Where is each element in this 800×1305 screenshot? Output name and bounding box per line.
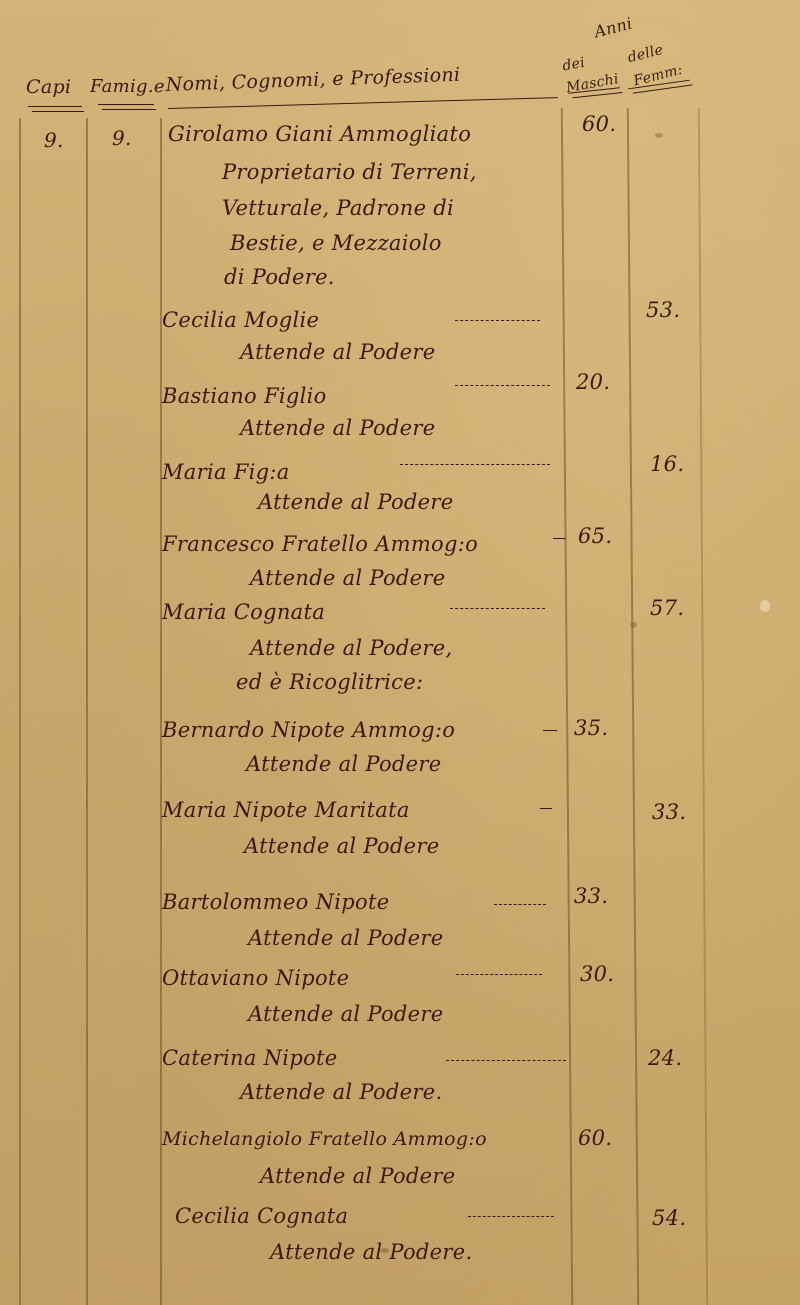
person-name: Caterina Nipote xyxy=(162,1046,337,1070)
person-occupation-line: Attende al Podere, xyxy=(250,636,452,660)
dash-leader xyxy=(540,808,552,809)
dash-leader xyxy=(468,1216,554,1217)
rule-famiglie-names xyxy=(160,118,162,1305)
paper-stain xyxy=(655,133,663,138)
person-occupation-line: Attende al Podere xyxy=(248,1002,443,1026)
age-female: 57. xyxy=(650,596,684,620)
person-occupation-line: Bestie, e Mezzaiolo xyxy=(230,231,442,255)
dash-leader xyxy=(400,464,550,465)
person-occupation-line: Attende al Podere xyxy=(260,1164,455,1188)
dash-leader xyxy=(455,320,540,321)
person-occupation-line: Attende al Podere xyxy=(248,926,443,950)
header-ages-top: Anni xyxy=(592,14,634,42)
person-occupation-line: Vetturale, Padrone di xyxy=(222,196,454,220)
person-name: Girolamo Giani Ammogliato xyxy=(168,122,471,146)
dash-leader xyxy=(446,1060,566,1061)
household-famiglie-number: 9. xyxy=(112,126,132,150)
person-name: Bernardo Nipote Ammog:o xyxy=(162,718,455,742)
person-occupation-line: Proprietario di Terreni, xyxy=(222,160,477,184)
dash-leader xyxy=(450,608,545,609)
person-occupation-line: Attende al Podere xyxy=(250,566,445,590)
header-names: Nomi, Cognomi, e Professioni xyxy=(165,64,460,96)
person-occupation-line: ed è Ricoglitrice: xyxy=(236,670,423,694)
person-occupation-line: di Podere. xyxy=(224,265,335,289)
column-header-row: Capi Famig.e Nomi, Cognomi, e Profession… xyxy=(0,0,800,125)
person-name: Cecilia Cognata xyxy=(175,1204,348,1228)
person-name: Cecilia Moglie xyxy=(162,308,319,332)
rule-capi-famiglie xyxy=(86,118,88,1305)
rule-names-males xyxy=(561,108,573,1305)
person-occupation-line: Attende al Podere xyxy=(258,490,453,514)
age-male: 30. xyxy=(580,962,614,986)
age-female: 33. xyxy=(652,800,686,824)
dash-leader xyxy=(543,730,557,731)
person-name: Ottaviano Nipote xyxy=(162,966,349,990)
person-name: Maria Nipote Maritata xyxy=(162,798,410,822)
dash-leader xyxy=(456,974,542,975)
header-names-underline xyxy=(168,97,558,109)
age-male: 20. xyxy=(576,370,610,394)
dash-leader xyxy=(455,385,550,386)
person-name: Bastiano Figlio xyxy=(162,384,327,408)
age-male: 35. xyxy=(574,716,608,740)
person-name: Michelangiolo Fratello Ammog:o xyxy=(162,1128,487,1150)
rule-males-females xyxy=(627,108,639,1305)
household-capi-number: 9. xyxy=(44,128,64,152)
age-female: 53. xyxy=(646,298,680,322)
header-capi: Capi xyxy=(26,76,71,98)
rule-left-margin xyxy=(19,118,21,1305)
person-occupation-line: Attende al Podere xyxy=(240,340,435,364)
person-occupation-line: Attende al Podere xyxy=(240,416,435,440)
header-famiglie: Famig.e xyxy=(90,76,165,97)
person-name: Bartolommeo Nipote xyxy=(162,890,389,914)
age-male: 33. xyxy=(574,884,608,908)
person-occupation-line: Attende al Podere xyxy=(246,752,441,776)
person-occupation-line: Attende al Podere xyxy=(244,834,439,858)
age-male: 60. xyxy=(578,1126,612,1150)
person-occupation-line: Attende al Podere. xyxy=(240,1080,442,1104)
person-name: Maria Cognata xyxy=(162,600,325,624)
header-famiglie-underline xyxy=(98,104,154,105)
dash-leader xyxy=(494,904,546,905)
person-name: Francesco Fratello Ammog:o xyxy=(162,532,478,556)
age-male: 60. xyxy=(582,112,616,136)
age-female: 24. xyxy=(648,1046,682,1070)
person-name: Maria Fig:a xyxy=(162,460,290,484)
paper-stain xyxy=(760,600,770,612)
header-capi-underline xyxy=(28,106,82,107)
header-ages-males: dei Maschi xyxy=(561,45,630,99)
person-occupation-line: Attende al Podere. xyxy=(270,1240,472,1264)
paper-stain xyxy=(630,622,637,628)
document-page: Capi Famig.e Nomi, Cognomi, e Profession… xyxy=(0,0,800,1305)
rule-females-right xyxy=(698,108,708,1305)
dash-leader xyxy=(553,538,565,539)
age-male: 65. xyxy=(578,524,612,548)
age-female: 54. xyxy=(652,1206,686,1230)
age-female: 16. xyxy=(650,452,684,476)
